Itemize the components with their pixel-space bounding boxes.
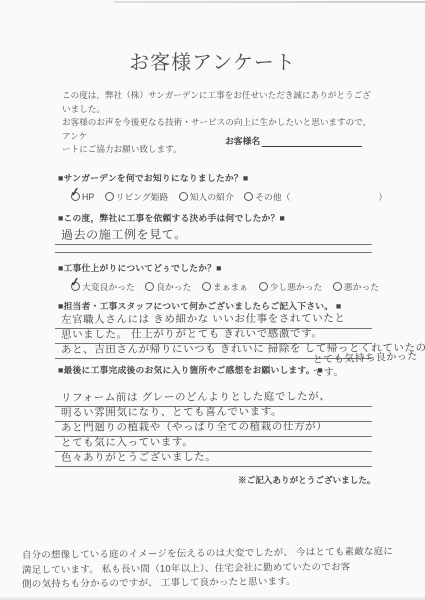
option-label: 良かった: [156, 282, 191, 292]
q2-header: ■この度，弊社に工事を依頼する決め手は何でしたか？■: [58, 211, 285, 224]
option-label: 知人の紹介: [190, 192, 234, 202]
handwritten-answer: とても気に入っています。: [55, 434, 193, 450]
customer-name-field[interactable]: [262, 136, 362, 147]
radio-checked-icon: ✓: [71, 192, 80, 201]
q3-options: ✓大変良かった 良かった まぁまぁ 少し悪かった 悪かった: [71, 280, 387, 293]
handwritten-answer: あと門廻りの植栽や（やっぱり全ての植栽の仕方が）: [55, 419, 327, 435]
option-label: 悪かった: [344, 282, 379, 292]
option-very-good[interactable]: ✓大変良かった: [71, 282, 135, 292]
handwritten-answer: 色々ありがとうございました。: [55, 449, 216, 465]
radio-checked-icon: ✓: [71, 282, 80, 291]
q5-header: ■最後に工事完成後のお気に入り箇所やご感想をお願いします。 ■: [58, 363, 323, 376]
customer-name-label: お客様名: [225, 136, 260, 146]
scan-edge-artifact: [114, 1, 425, 3]
option-living-himeji[interactable]: リビング姫路: [105, 192, 169, 202]
q1-options: ✓HP リビング姫路 知人の紹介 その他（）: [71, 190, 395, 203]
option-good[interactable]: 良かった: [145, 282, 191, 292]
q3-header: ■工事仕上がりについてどぅでしたか？■: [58, 261, 222, 274]
handwritten-note-line: 側の気持ちも分かるのですが、 工事して良かったと思います。: [22, 574, 424, 593]
q5-answer-line[interactable]: 色々ありがとうございました。: [55, 449, 372, 467]
option-referral[interactable]: 知人の紹介: [179, 192, 234, 202]
option-label: 大変良かった: [82, 282, 135, 292]
option-label-close: ）: [378, 192, 387, 202]
radio-icon: [333, 282, 342, 291]
radio-icon: [179, 192, 188, 201]
option-other[interactable]: その他（）: [244, 192, 387, 202]
handwritten-answer: です。: [313, 363, 418, 380]
intro-line: この度は，弊社（株）サンガーデンに工事をお任せいただき誠にありがとうございました…: [62, 89, 372, 116]
radio-icon: [105, 192, 114, 201]
handwritten-answer: 思いました。 仕上がりがとても きれいで感激です。: [55, 326, 323, 342]
radio-icon: [202, 282, 211, 291]
radio-icon: [244, 192, 253, 201]
handwritten-overflow-note: とても気持ち良かった です。: [313, 350, 419, 380]
scan-edge-shadow: [0, 596, 425, 600]
check-mark-icon: ✓: [69, 274, 81, 289]
option-label: HP: [82, 192, 94, 202]
check-mark-icon: ✓: [69, 184, 81, 199]
handwritten-answer: 左官職人さんには きめ細かな いいお仕事をされていたと: [55, 310, 346, 327]
option-so-so[interactable]: まぁまぁ: [202, 282, 248, 292]
closing-thanks-note: ※ご記入ありがとうございました。: [238, 474, 363, 486]
option-label: その他（: [255, 192, 290, 202]
radio-icon: [145, 282, 154, 291]
option-label: まぁまぁ: [213, 282, 248, 292]
q1-header: ■サンガーデンを何でお知りになりましたか？■: [58, 171, 248, 184]
customer-name-row: お客様名: [225, 134, 362, 148]
handwritten-answer: 過去の施工例を見て。: [55, 225, 187, 243]
option-label: リビング姫路: [116, 192, 169, 202]
q2-answer-line-empty[interactable]: [55, 244, 372, 253]
option-hp[interactable]: ✓HP: [71, 192, 94, 202]
q2-answer-line[interactable]: 過去の施工例を見て。: [55, 226, 372, 245]
handwritten-answer: リフォーム前は グレーのどんよりとした庭でしたが、: [55, 389, 330, 405]
radio-icon: [259, 282, 268, 291]
option-bad[interactable]: 悪かった: [333, 282, 379, 292]
page-title: お客様アンケート: [0, 46, 425, 75]
bottom-handwritten-note: 自分の想像している庭のイメージを伝えるのは大変でしたが、 今はとても素敵な庭に …: [22, 545, 424, 593]
handwritten-answer: 明るい雰囲気になり、とても喜んでいます。: [55, 404, 282, 420]
option-label: 少し悪かった: [270, 282, 323, 292]
survey-sheet: お客様アンケート この度は，弊社（株）サンガーデンに工事をお任せいただき誠にあり…: [0, 0, 425, 600]
option-somewhat-bad[interactable]: 少し悪かった: [259, 282, 323, 292]
